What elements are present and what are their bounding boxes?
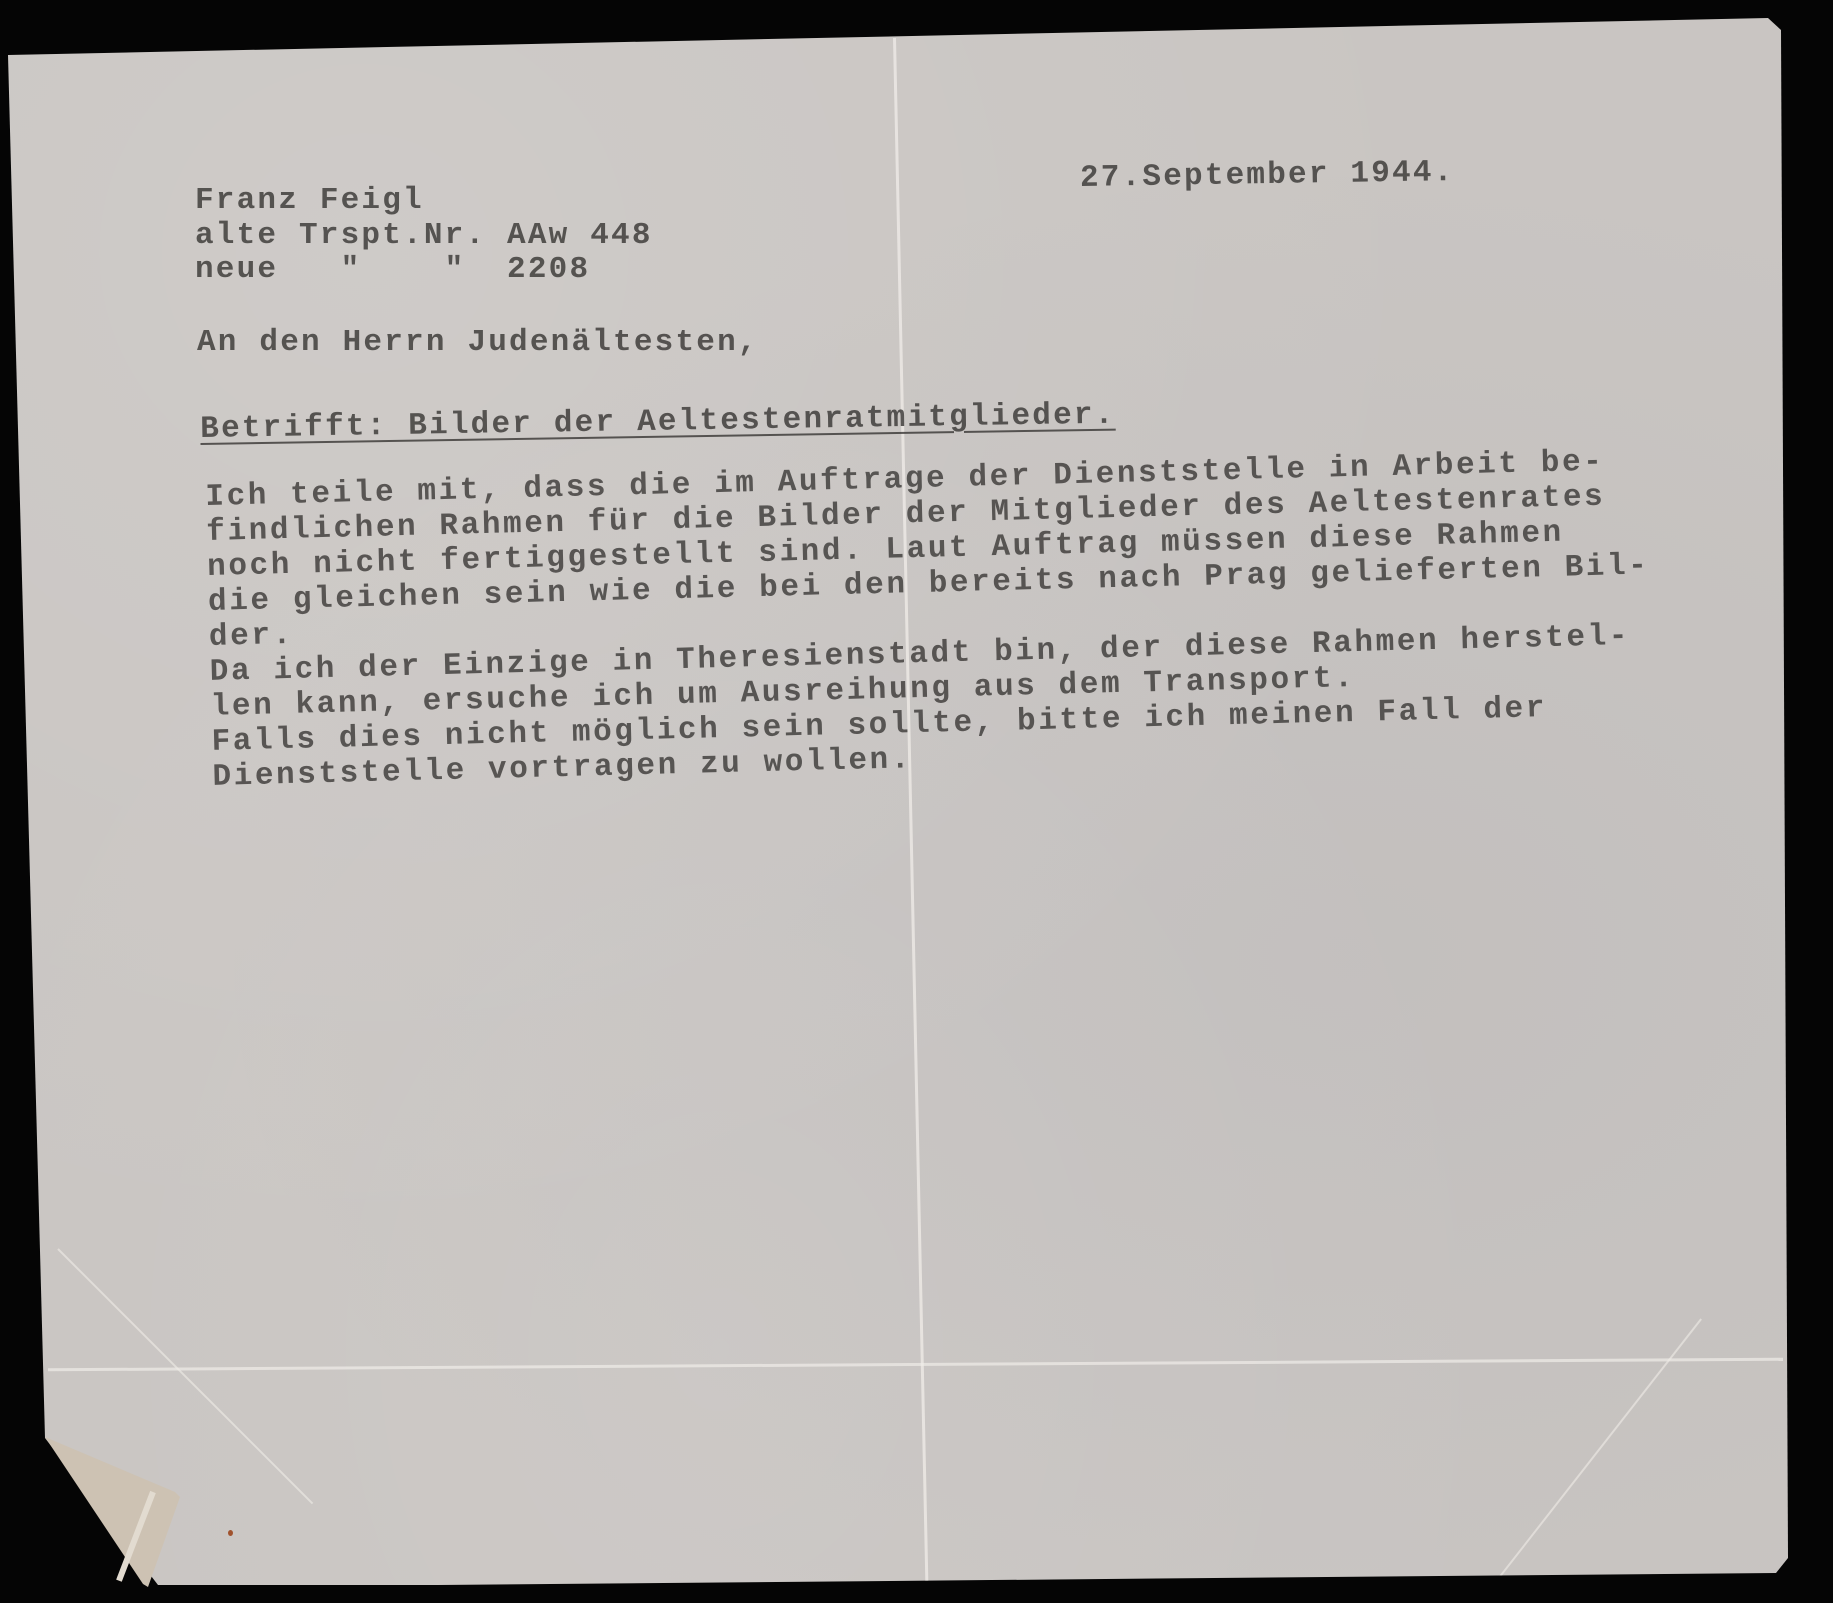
diagonal-fold-crease-right	[1497, 1318, 1702, 1579]
new-transport-number: neue " " 2208	[195, 252, 590, 287]
letter-body: Ich teile mit, dass die im Auftrage der …	[205, 444, 1654, 795]
vertical-fold-crease	[893, 38, 928, 1588]
letter-date: 27.September 1944.	[1080, 155, 1455, 196]
recipient-line: An den Herrn Judenältesten,	[197, 325, 759, 360]
sender-name: Franz Feigl	[195, 183, 424, 218]
stain-spot	[228, 1530, 233, 1536]
old-transport-number: alte Trspt.Nr. AAw 448	[195, 218, 653, 253]
horizontal-fold-crease	[48, 1358, 1783, 1372]
